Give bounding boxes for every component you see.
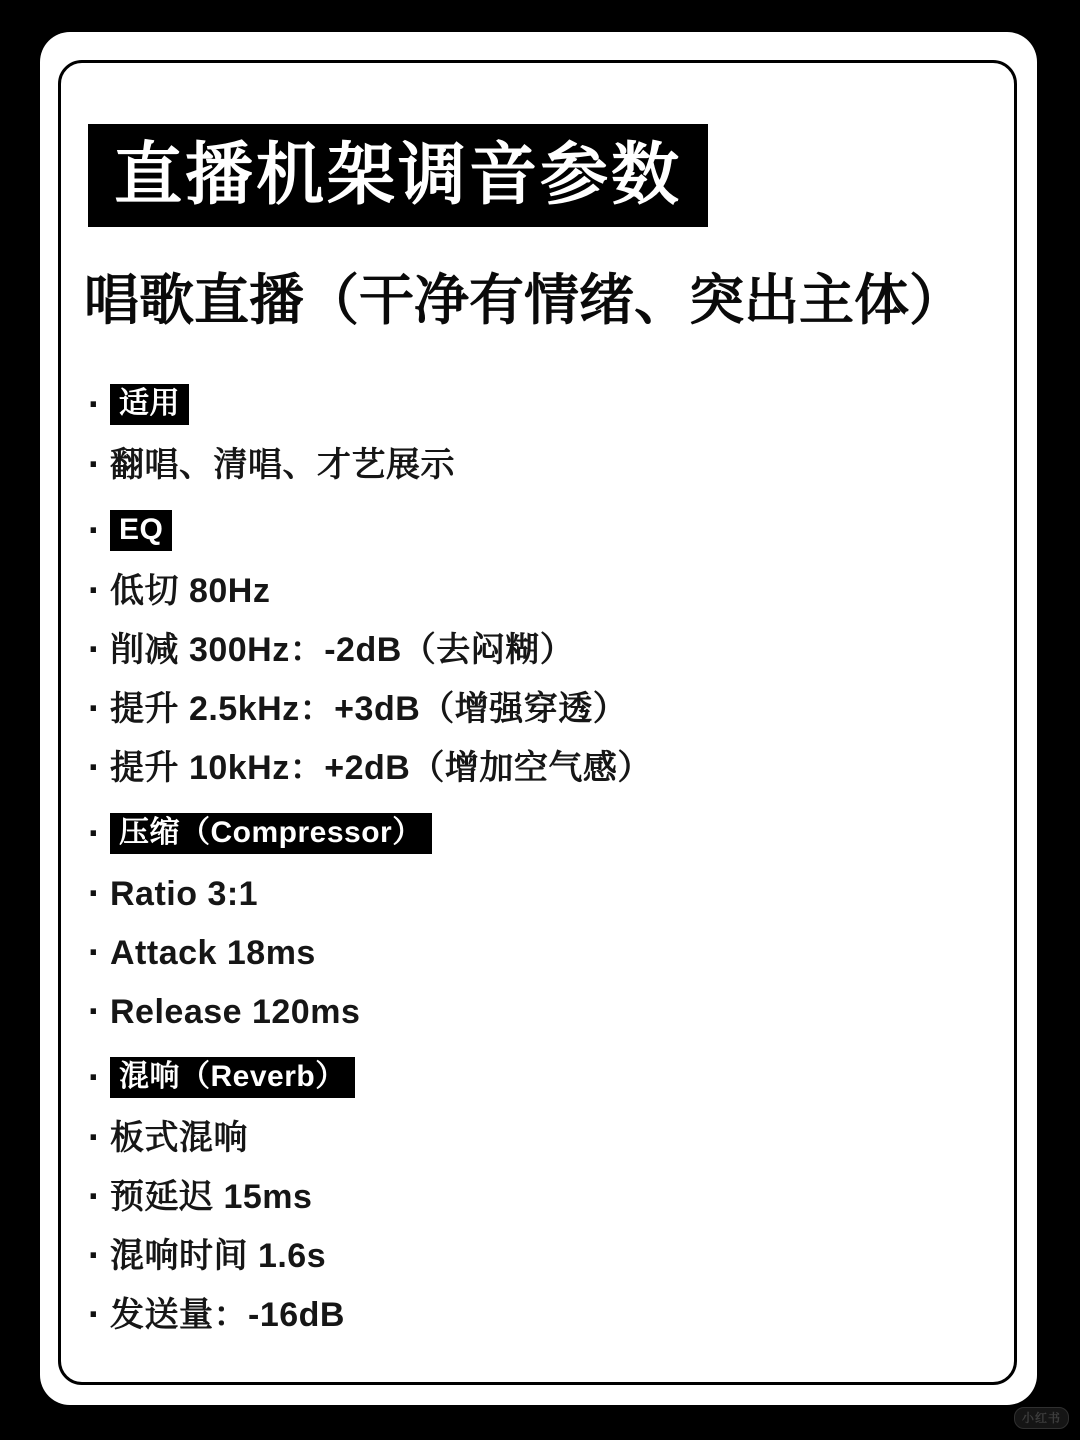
list-item-text: Attack 18ms [110,936,316,971]
bullet-dot-icon: · [88,934,110,972]
list-item: · 低切 80Hz [88,572,1023,610]
list-item-text: 提升 2.5kHz：+3dB（增强穿透） [110,692,627,727]
list-item-text: 板式混响 [110,1121,248,1156]
list-item: · 翻唱、清唱、才艺展示 [88,446,1023,484]
list-item-text: 提升 10kHz：+2dB（增加空气感） [110,751,652,786]
section-heading: EQ [110,510,172,551]
page-subtitle: 唱歌直播（干净有情绪、突出主体） [84,269,1023,332]
section-heading: 混响（Reverb） [110,1057,355,1098]
bullet-dot-icon: · [88,572,110,610]
section-heading: 适用 [110,384,189,425]
bullet-dot-icon: · [88,875,110,913]
list-item: · Ratio 3:1 [88,875,1023,913]
bullet-dot-icon: · [88,815,110,853]
list-item: · Attack 18ms [88,934,1023,972]
list-item-text: Release 120ms [110,995,360,1030]
list-item-text: 预延迟 15ms [110,1180,312,1215]
section-heading-row: · 适用 [88,384,1023,425]
list-item: · 发送量：-16dB [88,1296,1023,1334]
section-heading-row: · EQ [88,510,1023,551]
bullet-dot-icon: · [88,1296,110,1334]
list-item: · 板式混响 [88,1119,1023,1157]
bullet-dot-icon: · [88,690,110,728]
list-item-text: 混响时间 1.6s [110,1239,326,1274]
list-item-text: 低切 80Hz [110,574,270,609]
bullet-dot-icon: · [88,386,110,424]
section-heading-row: · 混响（Reverb） [88,1057,1023,1098]
bullet-dot-icon: · [88,749,110,787]
page-title: 直播机架调音参数 [88,124,708,227]
list-item-text: Ratio 3:1 [110,877,258,912]
bullet-dot-icon: · [88,1237,110,1275]
list-item: · 预延迟 15ms [88,1178,1023,1216]
section-heading-row: · 压缩（Compressor） [88,813,1023,854]
list-item-text: 发送量：-16dB [110,1298,345,1333]
list-item-text: 翻唱、清唱、才艺展示 [110,448,455,483]
list-item: · 削减 300Hz：-2dB（去闷糊） [88,631,1023,669]
list-item: · Release 120ms [88,993,1023,1031]
list-item-text: 削减 300Hz：-2dB（去闷糊） [110,633,574,668]
bullet-dot-icon: · [88,446,110,484]
bullet-dot-icon: · [88,512,110,550]
poster-card: 直播机架调音参数 唱歌直播（干净有情绪、突出主体） · 适用 · 翻唱、清唱、才… [40,32,1037,1405]
bullet-dot-icon: · [88,1178,110,1216]
list-item: · 提升 2.5kHz：+3dB（增强穿透） [88,690,1023,728]
list-item: · 混响时间 1.6s [88,1237,1023,1275]
bullet-dot-icon: · [88,993,110,1031]
section-heading: 压缩（Compressor） [110,813,432,854]
bullet-dot-icon: · [88,631,110,669]
poster-content: 直播机架调音参数 唱歌直播（干净有情绪、突出主体） · 适用 · 翻唱、清唱、才… [88,124,1023,1355]
list-item: · 提升 10kHz：+2dB（增加空气感） [88,749,1023,787]
bullet-dot-icon: · [88,1119,110,1157]
sections-list: · 适用 · 翻唱、清唱、才艺展示 · EQ · 低切 80Hz · 削减 30… [88,384,1023,1334]
xiaohongshu-watermark: 小红书 [1014,1407,1069,1429]
bullet-dot-icon: · [88,1059,110,1097]
